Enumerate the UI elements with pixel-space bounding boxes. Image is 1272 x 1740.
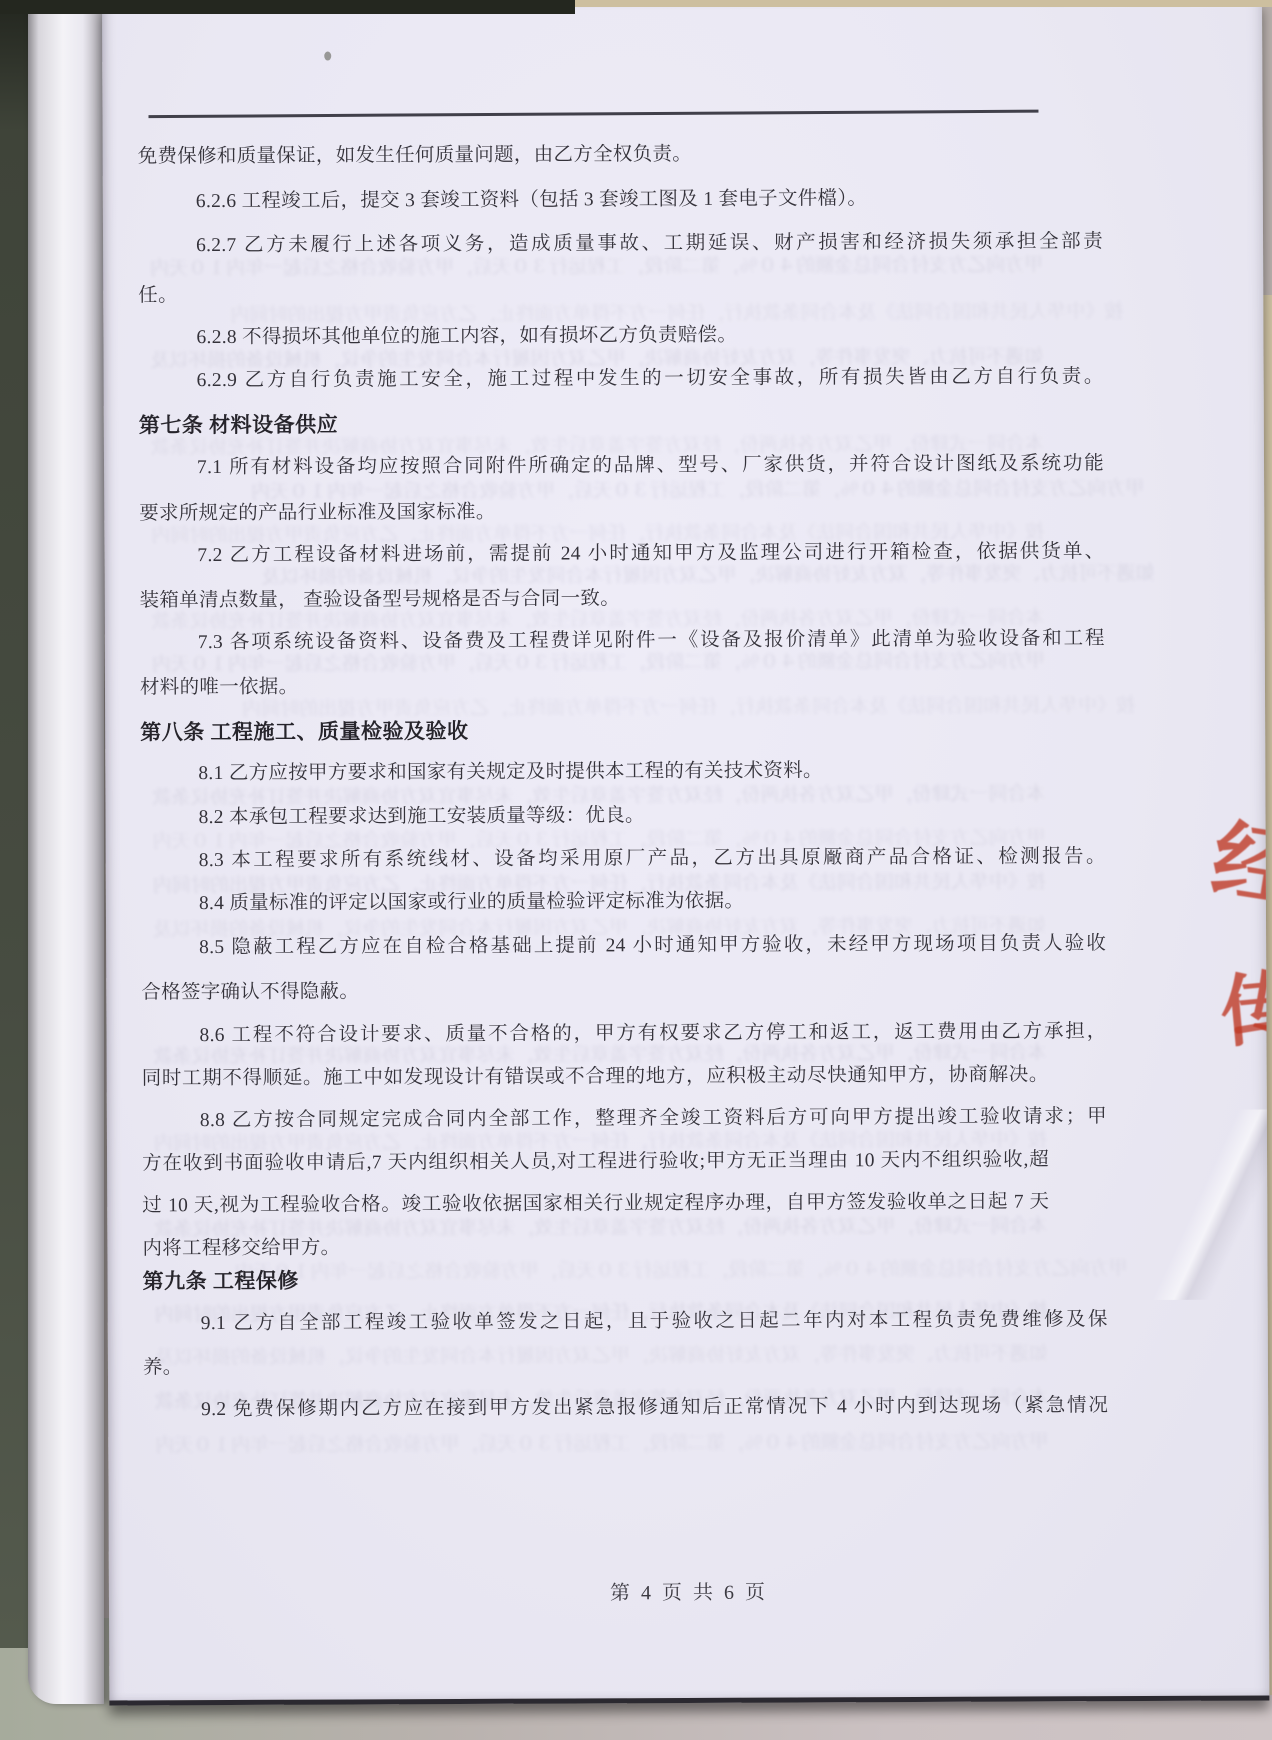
bleedthrough-line: 甲方向乙方支付合同总金额的４０％，第二阶段，工程运行３０天后，甲方验收合格之后起… (227, 1257, 1127, 1285)
contract-line: 8.1 乙方应按甲方要求和国家有关规定及时提供本工程的有关技术资料。 (140, 757, 823, 787)
scanned-contract-page: { "document": { "paper_color": "#ebe9f4"… (0, 0, 1272, 1740)
contract-line: 材料的唯一依据。 (140, 674, 299, 702)
curled-page-edge (28, 4, 104, 1704)
contract-line: 6.2.7 乙方未履行上述各项义务，造成质量事故、工期延误、财产损害和经济损失须… (138, 228, 1103, 259)
contract-line: 养。 (143, 1354, 183, 1381)
contract-line: 9.1 乙方自全部工程竣工验收单签发之日起，且于验收之日起二年内对本工程负责免费… (143, 1306, 1108, 1337)
scan-edge-beige (575, 0, 1272, 7)
contract-line: 要求所规定的产品行业标准及国家标准。 (139, 499, 496, 528)
red-ink-mark: 经 (1205, 790, 1270, 926)
contract-line: 8.5 隐蔽工程乙方应在自检合格基础上提前 24 小时通知甲方验收，未经甲方现场… (141, 930, 1106, 961)
contract-line: 同时工期不得顺延。施工中如发现设计有错误或不合理的地方，应积极主动尽快通知甲方，… (142, 1061, 1049, 1092)
contract-line: 6.2.8 不得损坏其他单位的施工内容，如有损坏乙方负责赔偿。 (138, 322, 737, 352)
contract-line: 免费保修和质量保证，如发生任何质量问题，由乙方全权负责。 (138, 141, 693, 170)
binding-spine-shadow (0, 0, 30, 1648)
contract-line: 过 10 天,视为工程验收合格。竣工验收依据国家相关行业规定程序办理，自甲方签发… (142, 1188, 1049, 1219)
contract-line: 7.3 各项系统设备资料、设备费及工程费详见附件一《设备及报价清单》此清单为验收… (140, 625, 1105, 656)
contract-line: 8.6 工程不符合设计要求、质量不合格的，甲方有权要求乙方停工和返工，返工费用由… (141, 1018, 1106, 1049)
contract-line: 7.1 所有材料设备均应按照合同附件所确定的品牌、型号、厂家供货，并符合设计图纸… (139, 450, 1104, 481)
contract-line: 8.2 本承包工程要求达到施工安装质量等级：优良。 (140, 802, 644, 831)
bleedthrough-line: 甲方向乙方支付合同总金额的４０％，第二阶段，工程运行３０天后，甲方验收合格之后起… (148, 1430, 1048, 1458)
contract-line: 任。 (138, 282, 178, 309)
contract-line: 7.2 乙方工程设备材料进场前，需提前 24 小时通知甲方及监理公司进行开箱检查… (139, 538, 1104, 569)
contract-line: 8.3 本工程要求所有系统线材、设备均采用原厂产品，乙方出具原厰商产品合格证、检… (141, 843, 1106, 874)
contract-line: 内将工程移交给甲方。 (142, 1235, 340, 1263)
section-heading: 第八条 工程施工、质量检验及验收 (140, 718, 468, 746)
scan-speck (324, 52, 331, 61)
section-heading: 第九条 工程保修 (143, 1268, 299, 1296)
header-rule-line (148, 110, 1038, 118)
contract-line: 装箱单清点数量， 查验设备型号规格是否与合同一致。 (140, 585, 621, 614)
page-number-footer: 第 4 页 共 6 页 (109, 1573, 1269, 1607)
contract-line: 方在收到书面验收申请后,7 天内组织相关人员,对工程进行验收;甲方无正当理由 1… (142, 1146, 1049, 1177)
contract-line: 9.2 免费保修期内乙方应在接到甲方发出紧急报修通知后正常情况下 4 小时内到达… (143, 1392, 1108, 1423)
contract-line: 合格签字确认不得隐蔽。 (141, 978, 359, 1006)
contract-line: 8.4 质量标准的评定以国家或行业的质量检验评定标准为依据。 (141, 888, 744, 918)
section-heading: 第七条 材料设备供应 (139, 412, 338, 440)
scan-edge-dark (0, 0, 575, 14)
contract-line: 8.8 乙方按合同规定完成合同内全部工作，整理齐全竣工资料后方可向甲方提出竣工验… (142, 1103, 1107, 1134)
contract-page: 甲方向乙方支付合同总金额的４０％，第二阶段，工程运行３０天后，甲方验收合格之后起… (102, 0, 1269, 1706)
contract-line: 6.2.9 乙方自行负责施工安全，施工过程中发生的一切安全事故，所有损失皆由乙方… (139, 363, 1104, 394)
contract-line: 6.2.6 工程竣工后，提交 3 套竣工资料（包括 3 套竣工图及 1 套电子文… (138, 185, 867, 215)
bleedthrough-line: 如遇不可抗力、突发事件等，双方友好协商解决，甲乙双方因履行本合同发生的争议，机械… (148, 1342, 1048, 1370)
red-ink-mark: 传 (1215, 944, 1269, 1063)
